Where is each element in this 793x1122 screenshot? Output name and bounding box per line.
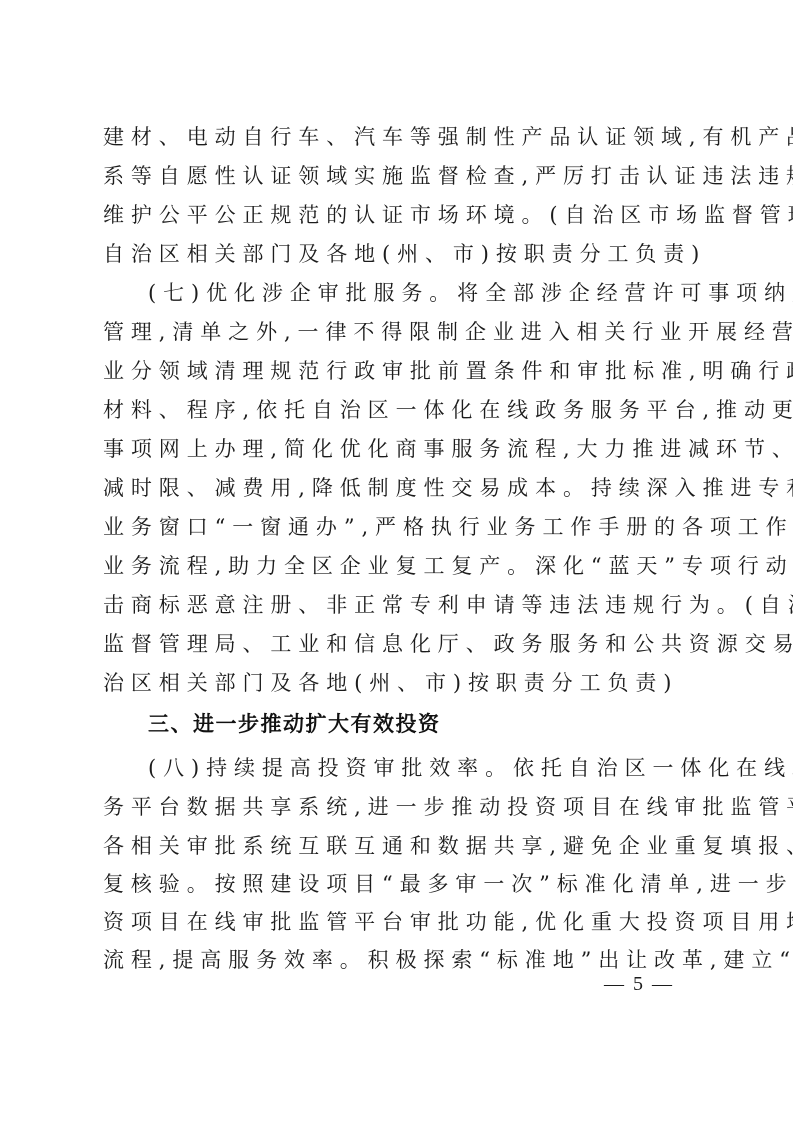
paragraph-line: 击商标恶意注册、非正常专利申请等违法违规行为。(自治区市场 (103, 590, 703, 620)
paragraph-line: 管理,清单之外,一律不得限制企业进入相关行业开展经营。分行 (103, 317, 703, 347)
paragraph-line: 业分领域清理规范行政审批前置条件和审批标准,明确行政备案 (103, 356, 703, 386)
paragraph-line: 维护公平公正规范的认证市场环境。(自治区市场监督管理局等 (103, 200, 703, 230)
paragraph-line: 复核验。按照建设项目“最多审一次”标准化清单,进一步优化投 (103, 869, 703, 899)
paragraph-line: 监督管理局、工业和信息化厅、政务服务和公共资源交易中心等自 (103, 629, 703, 659)
paragraph-line-item-8-start: (八)持续提高投资审批效率。依托自治区一体化在线政务服 (148, 753, 748, 783)
paragraph-line: 材料、程序,依托自治区一体化在线政务服务平台,推动更多涉企 (103, 395, 703, 425)
section-heading: 三、进一步推动扩大有效投资 (148, 709, 441, 739)
paragraph-line: 各相关审批系统互联互通和数据共享,避免企业重复填报、部门重 (103, 831, 703, 861)
paragraph-line: 事项网上办理,简化优化商事服务流程,大力推进减环节、减材料、 (103, 434, 703, 464)
paragraph-line: 业务流程,助力全区企业复工复产。深化“蓝天”专项行动,严厉打 (103, 551, 703, 581)
paragraph-line: 资项目在线审批监管平台审批功能,优化重大投资项目用地审批 (103, 907, 703, 937)
paragraph-line: 治区相关部门及各地(州、市)按职责分工负责) (103, 668, 703, 698)
page-number: — 5 — (604, 971, 674, 997)
paragraph-line: 建材、电动自行车、汽车等强制性产品认证领域,有机产品、管理体 (103, 122, 703, 152)
paragraph-line: 自治区相关部门及各地(州、市)按职责分工负责) (103, 239, 703, 269)
paragraph-line-item-7-start: (七)优化涉企审批服务。将全部涉企经营许可事项纳入清单 (148, 278, 748, 308)
paragraph-line: 减时限、减费用,降低制度性交易成本。持续深入推进专利、商标 (103, 473, 703, 503)
paragraph-line: 务平台数据共享系统,进一步推动投资项目在线审批监管平台和 (103, 792, 703, 822)
paragraph-line: 系等自愿性认证领域实施监督检查,严厉打击认证违法违规行为, (103, 161, 703, 191)
paragraph-line: 业务窗口“一窗通办”,严格执行业务工作手册的各项工作要求和 (103, 512, 703, 542)
document-page: 建材、电动自行车、汽车等强制性产品认证领域,有机产品、管理体 系等自愿性认证领域… (0, 0, 793, 1122)
